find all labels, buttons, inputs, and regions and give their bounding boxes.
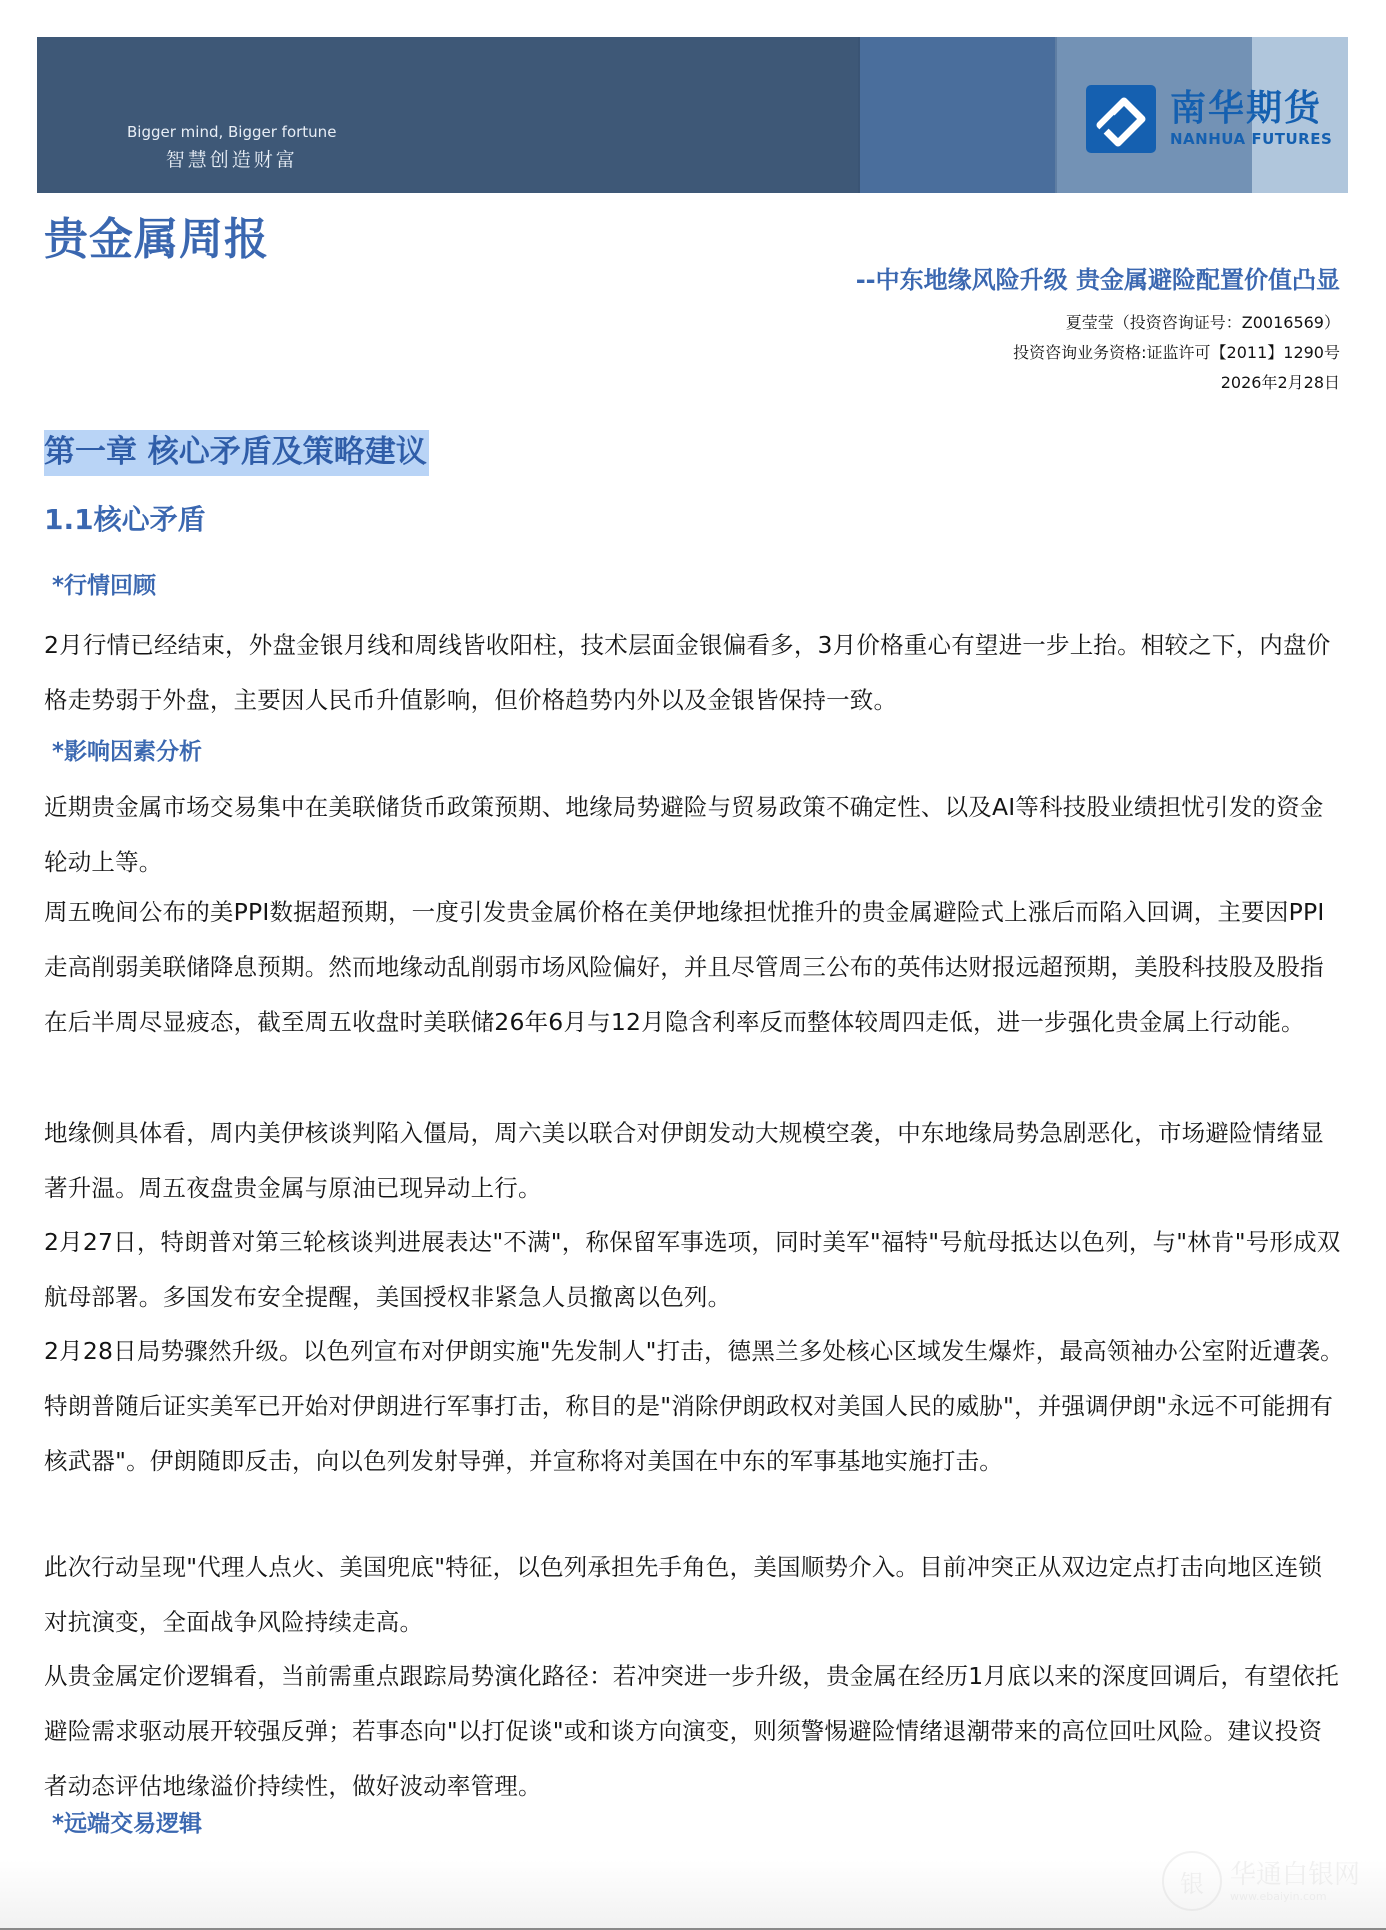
subsection-heading-market-review: *行情回顾 (52, 570, 156, 602)
paragraph: 2月行情已经结束，外盘金银月线和周线皆收阳柱，技术层面金银偏看多，3月价格重心有… (44, 618, 1344, 728)
subsection-heading-factor-analysis: *影响因素分析 (52, 736, 202, 768)
paragraph: 2月28日局势骤然升级。以色列宣布对伊朗实施"先发制人"打击，德黑兰多处核心区域… (44, 1324, 1344, 1489)
logo-mark-icon (1086, 85, 1156, 153)
watermark-text: 华通白银网 www.ebaiyin.com (1230, 1860, 1360, 1903)
report-meta: 夏莹莹（投资咨询证号：Z0016569） 投资咨询业务资格:证监许可【2011】… (1013, 308, 1340, 398)
paragraph: 从贵金属定价逻辑看，当前需重点跟踪局势演化路径：若冲突进一步升级，贵金属在经历1… (44, 1649, 1344, 1814)
slogan-english: Bigger mind, Bigger fortune (127, 123, 336, 141)
banner-segment-dark: Bigger mind, Bigger fortune 智慧创造财富 (37, 37, 858, 193)
company-logo: 南华期货 NANHUA FUTURES (1086, 85, 1332, 153)
paragraph: 周五晚间公布的美PPI数据超预期，一度引发贵金属价格在美伊地缘担忧推升的贵金属避… (44, 885, 1344, 1050)
paragraph: 近期贵金属市场交易集中在美联储货币政策预期、地缘局势避险与贸易政策不确定性、以及… (44, 780, 1344, 890)
report-date: 2026年2月28日 (1013, 368, 1340, 398)
paragraph: 地缘侧具体看，周内美伊核谈判陷入僵局，周六美以联合对伊朗发动大规模空袭，中东地缘… (44, 1106, 1344, 1216)
watermark-logo-icon: 银 (1162, 1851, 1222, 1911)
watermark-chinese: 华通白银网 (1230, 1860, 1360, 1890)
license-line: 投资咨询业务资格:证监许可【2011】1290号 (1013, 338, 1340, 368)
logo-english: NANHUA FUTURES (1170, 130, 1332, 148)
watermark-url: www.ebaiyin.com (1230, 1890, 1360, 1903)
author-line: 夏莹莹（投资咨询证号：Z0016569） (1013, 308, 1340, 338)
report-title: 贵金属周报 (44, 203, 269, 267)
logo-wordmark: 南华期货 NANHUA FUTURES (1170, 90, 1332, 148)
paragraph: 此次行动呈现"代理人点火、美国兜底"特征，以色列承担先手角色，美国顺势介入。目前… (44, 1540, 1344, 1650)
watermark: 银 华通白银网 www.ebaiyin.com (1162, 1846, 1372, 1916)
logo-chinese: 南华期货 (1170, 90, 1332, 128)
slogan: Bigger mind, Bigger fortune 智慧创造财富 (127, 123, 336, 172)
report-subtitle: --中东地缘风险升级 贵金属避险配置价值凸显 (856, 260, 1340, 295)
slogan-chinese: 智慧创造财富 (127, 145, 336, 172)
chapter-heading: 第一章 核心矛盾及策略建议 (44, 430, 429, 476)
subsection-heading-far-month-logic: *远端交易逻辑 (52, 1808, 202, 1840)
banner-segment-mid (858, 37, 1055, 193)
paragraph: 2月27日，特朗普对第三轮核谈判进展表达"不满"，称保留军事选项，同时美军"福特… (44, 1215, 1344, 1325)
section-heading: 1.1核心矛盾 (44, 500, 206, 540)
